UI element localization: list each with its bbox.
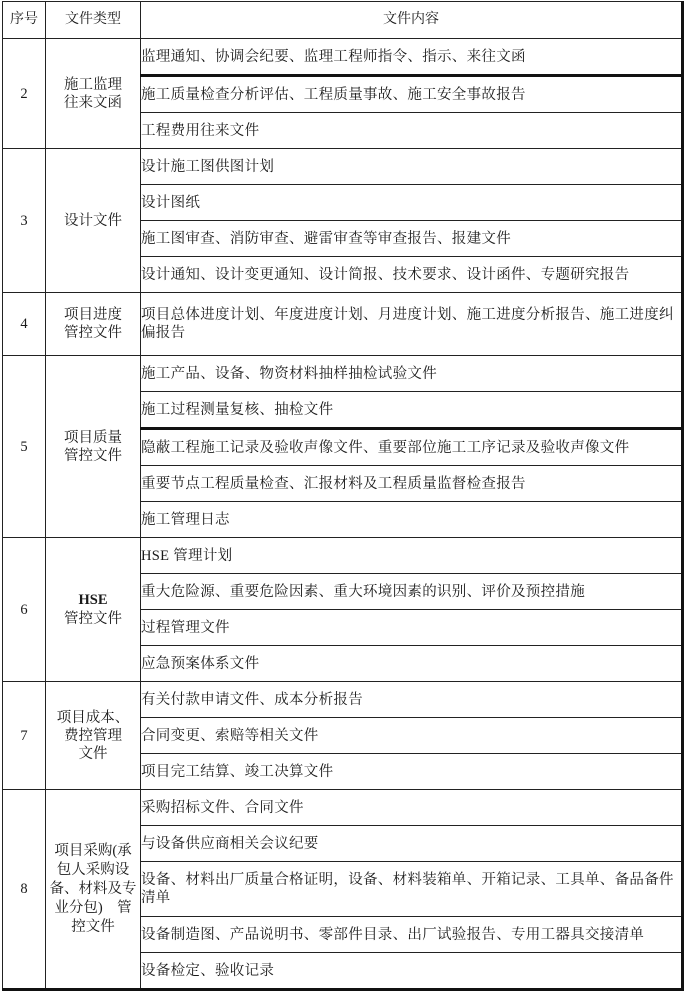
table-row: 6 HSE 管控文件 HSE 管理计划 [3, 538, 683, 574]
file-type-label: 项目采购(承 [46, 842, 140, 861]
file-type-cell: 设计文件 [46, 149, 141, 293]
file-content-cell: 有关付款申请文件、成本分析报告 [141, 682, 683, 718]
file-content-cell: 工程费用往来文件 [141, 113, 683, 149]
file-type-label: 项目质量 [46, 429, 140, 447]
document-page: 序号 文件类型 文件内容 2 施工监理 往来文函 监理通知、协调会纪要、监理工程… [2, 1, 682, 991]
file-type-label: 施工监理 [46, 76, 140, 94]
table-row: 7 项目成本、 费控管理 文件 有关付款申请文件、成本分析报告 [3, 682, 683, 718]
row-number: 2 [3, 39, 46, 149]
file-type-cell: 项目进度 管控文件 [46, 293, 141, 356]
file-content-cell: 施工管理日志 [141, 502, 683, 538]
row-number: 7 [3, 682, 46, 790]
file-content-cell: 项目完工结算、竣工决算文件 [141, 754, 683, 790]
file-type-cell: HSE 管控文件 [46, 538, 141, 682]
file-type-label: 文件 [46, 745, 140, 763]
table-row: 5 项目质量 管控文件 施工产品、设备、物资材料抽样抽检试验文件 [3, 356, 683, 392]
file-content-cell: 设计通知、设计变更通知、设计简报、技术要求、设计函件、专题研究报告 [141, 257, 683, 293]
file-type-label: 管控文件 [46, 447, 140, 465]
file-type-label: 设计文件 [46, 212, 140, 230]
file-content-cell: 施工质量检查分析评估、工程质量事故、施工安全事故报告 [141, 76, 683, 113]
file-content-cell: 设备检定、验收记录 [141, 953, 683, 990]
file-type-label: 备、材料及专 [46, 880, 140, 899]
file-content-cell: 施工图审查、消防审查、避雷审查等审查报告、报建文件 [141, 221, 683, 257]
header-file-content: 文件内容 [141, 2, 683, 39]
file-type-table: 序号 文件类型 文件内容 2 施工监理 往来文函 监理通知、协调会纪要、监理工程… [2, 1, 684, 991]
file-content-cell: 与设备供应商相关会议纪要 [141, 826, 683, 862]
file-content-cell: 监理通知、协调会纪要、监理工程师指令、指示、来往文函 [141, 39, 683, 76]
table-row: 2 施工监理 往来文函 监理通知、协调会纪要、监理工程师指令、指示、来往文函 [3, 39, 683, 76]
file-content-cell: 采购招标文件、合同文件 [141, 790, 683, 826]
file-type-label: 费控管理 [46, 727, 140, 745]
row-number: 5 [3, 356, 46, 538]
table-header-row: 序号 文件类型 文件内容 [3, 2, 683, 39]
file-type-label: 管控文件 [46, 610, 140, 629]
header-file-type: 文件类型 [46, 2, 141, 39]
file-content-cell: 施工过程测量复核、抽检文件 [141, 392, 683, 429]
file-content-cell: 设计施工图供图计划 [141, 149, 683, 185]
file-type-cell: 项目质量 管控文件 [46, 356, 141, 538]
file-type-label: 往来文函 [46, 94, 140, 112]
file-content-cell: 合同变更、索赔等相关文件 [141, 718, 683, 754]
file-type-cell: 施工监理 往来文函 [46, 39, 141, 149]
file-content-cell: 重大危险源、重要危险因素、重大环境因素的识别、评价及预控措施 [141, 574, 683, 610]
file-content-cell: 施工产品、设备、物资材料抽样抽检试验文件 [141, 356, 683, 392]
file-type-cell: 项目成本、 费控管理 文件 [46, 682, 141, 790]
file-type-label: 控文件 [46, 918, 140, 937]
file-type-label: HSE [46, 591, 140, 610]
table-row: 8 项目采购(承 包人采购设 备、材料及专 业分包) 管 控文件 采购招标文件、… [3, 790, 683, 826]
file-type-cell: 项目采购(承 包人采购设 备、材料及专 业分包) 管 控文件 [46, 790, 141, 990]
file-content-cell: 设备、材料出厂质量合格证明，设备、材料装箱单、开箱记录、工具单、备品备件清单 [141, 862, 683, 917]
file-type-label: 项目进度 [46, 306, 140, 324]
file-content-cell: HSE 管理计划 [141, 538, 683, 574]
row-number: 6 [3, 538, 46, 682]
file-content-cell: 过程管理文件 [141, 610, 683, 646]
table-row: 4 项目进度 管控文件 项目总体进度计划、年度进度计划、月进度计划、施工进度分析… [3, 293, 683, 356]
file-type-label: 项目成本、 [46, 709, 140, 727]
row-number: 4 [3, 293, 46, 356]
file-content-cell: 设备制造图、产品说明书、零部件目录、出厂试验报告、专用工器具交接清单 [141, 917, 683, 953]
file-content-cell: 重要节点工程质量检查、汇报材料及工程质量监督检查报告 [141, 466, 683, 502]
row-number: 3 [3, 149, 46, 293]
file-type-label: 管控文件 [46, 324, 140, 342]
file-type-label: 业分包) 管 [46, 899, 140, 918]
file-content-cell: 设计图纸 [141, 185, 683, 221]
file-type-label: 包人采购设 [46, 861, 140, 880]
header-no: 序号 [3, 2, 46, 39]
file-content-cell: 项目总体进度计划、年度进度计划、月进度计划、施工进度分析报告、施工进度纠偏报告 [141, 293, 683, 356]
table-row: 3 设计文件 设计施工图供图计划 [3, 149, 683, 185]
file-content-cell: 应急预案体系文件 [141, 646, 683, 682]
row-number: 8 [3, 790, 46, 990]
file-content-cell: 隐蔽工程施工记录及验收声像文件、重要部位施工工序记录及验收声像文件 [141, 429, 683, 466]
